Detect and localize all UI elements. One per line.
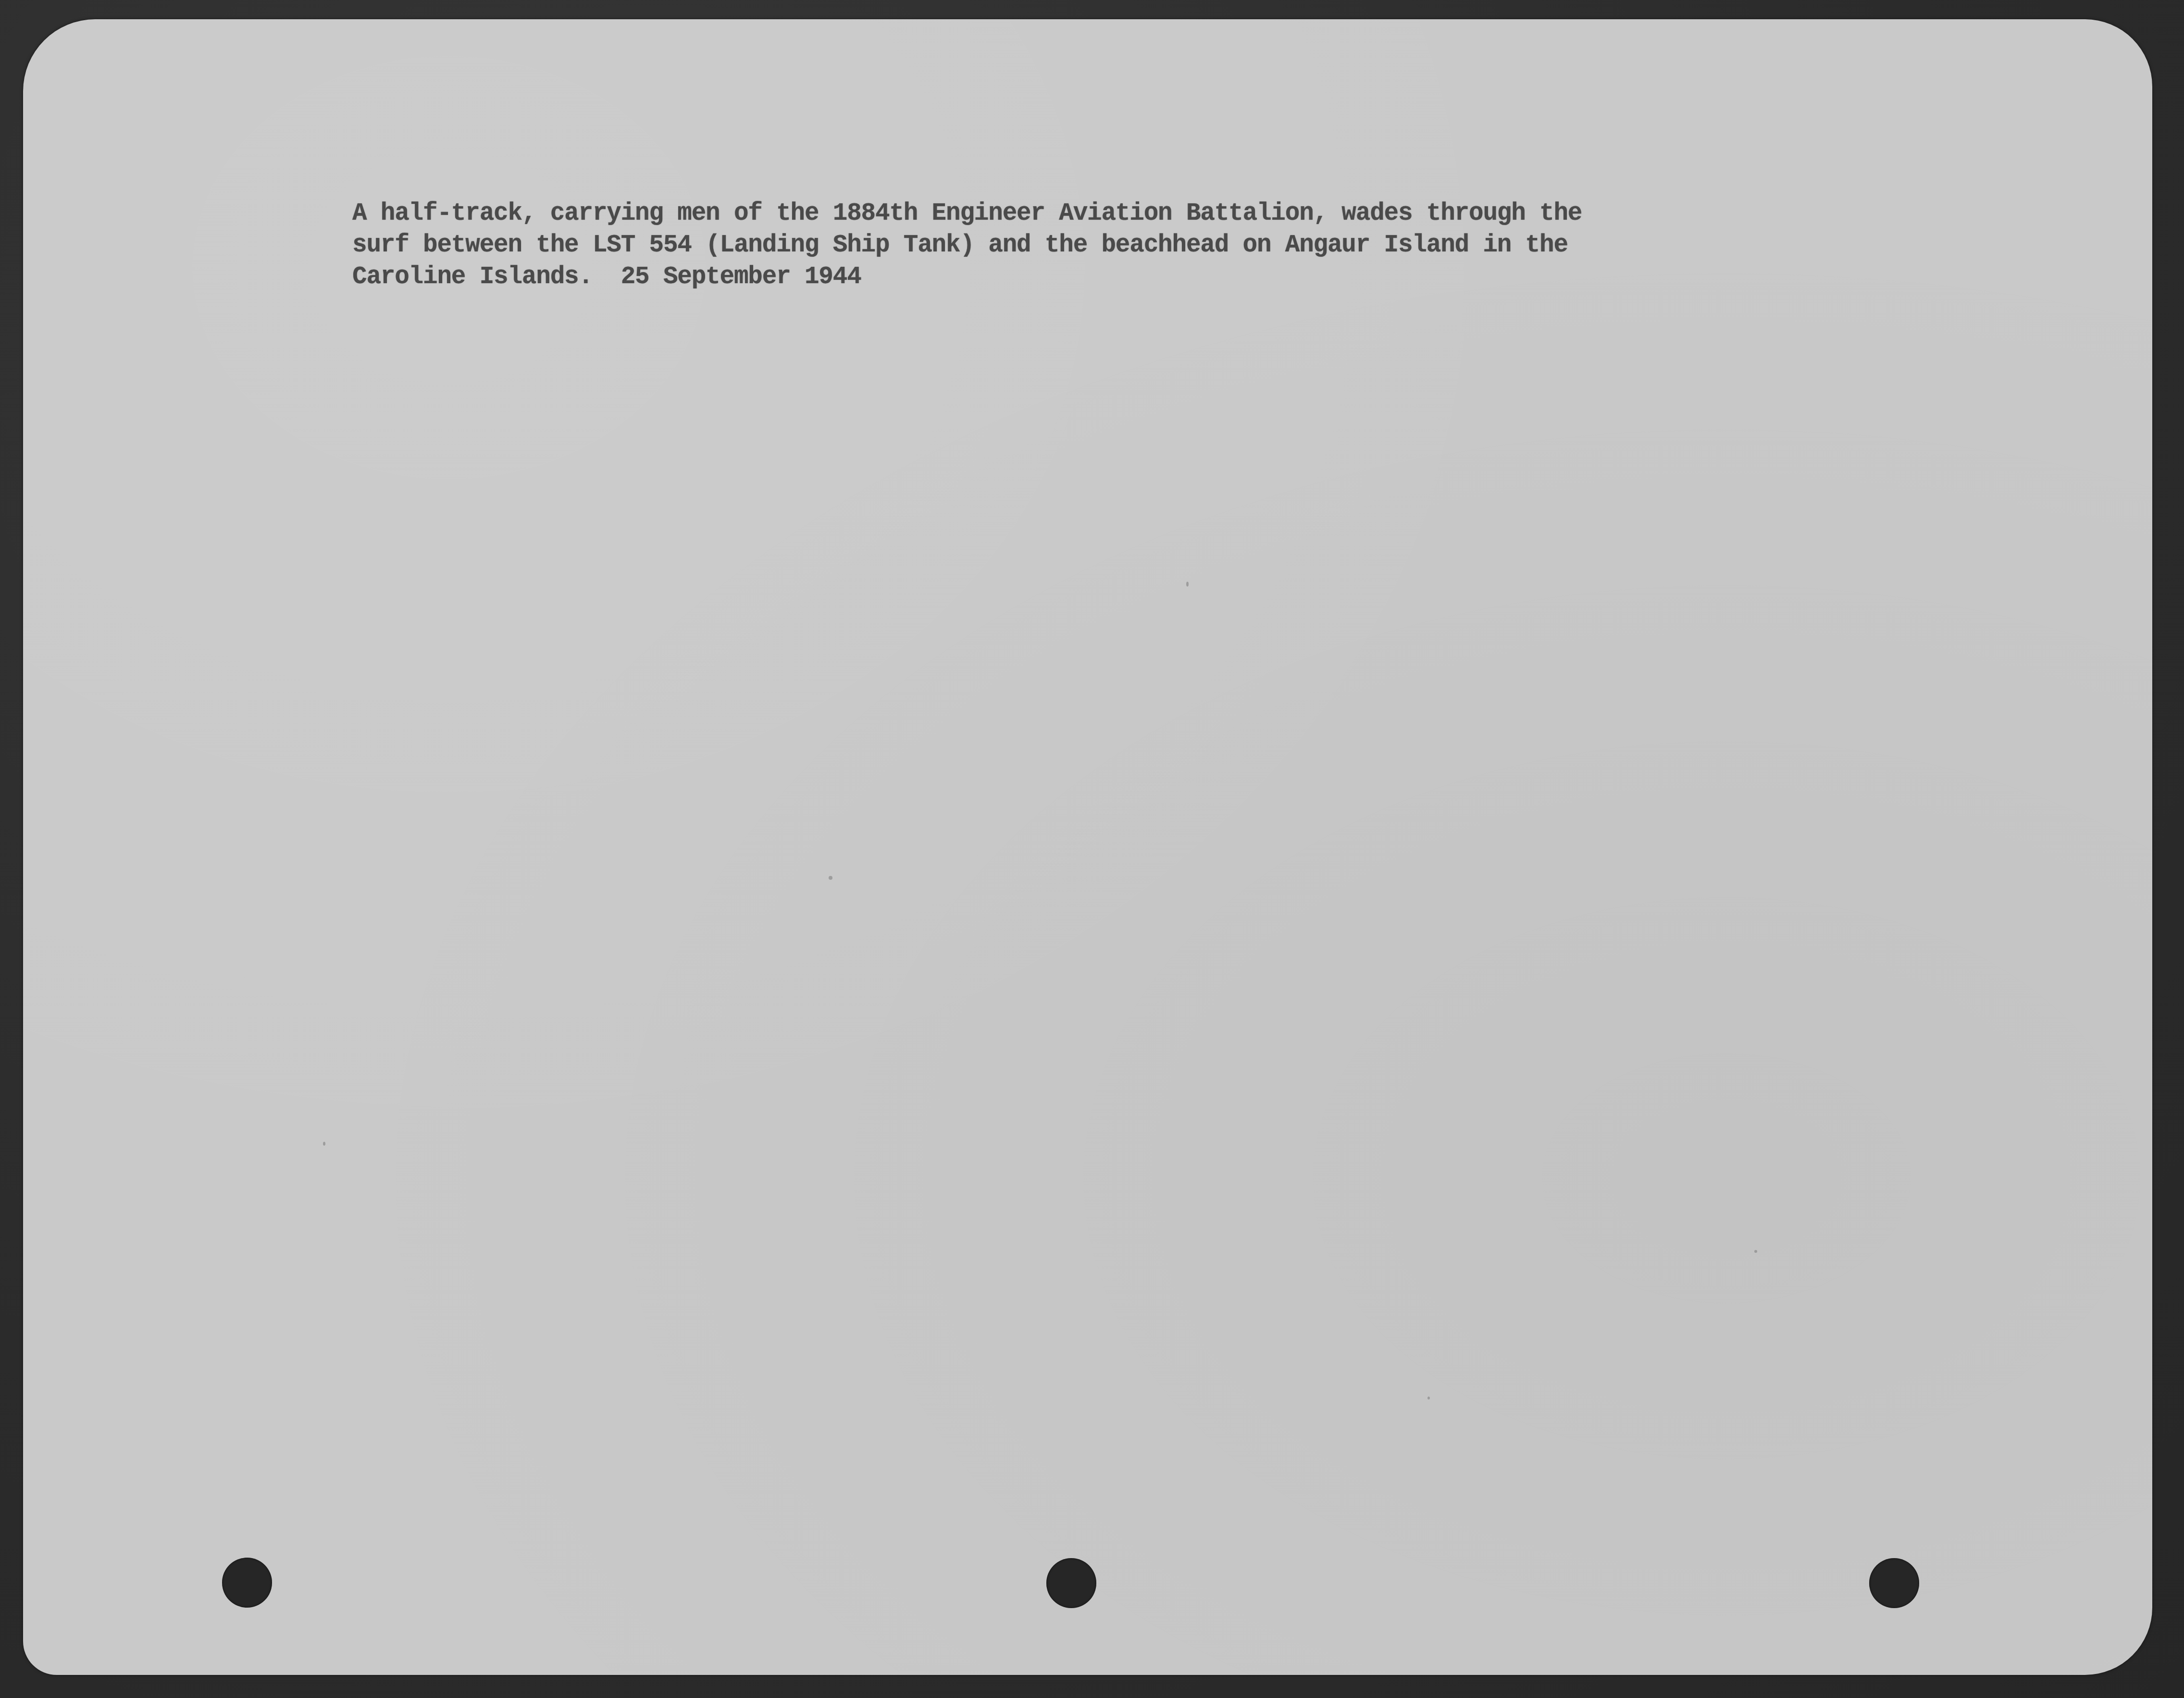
paper-speck: [323, 1142, 325, 1146]
caption-card: A half-track, carrying men of the 1884th…: [23, 19, 2152, 1675]
caption-line-2: surf between the LST 554 (Landing Ship T…: [352, 230, 1582, 262]
paper-speck: [1186, 582, 1189, 587]
punch-hole-right: [1869, 1558, 1919, 1608]
caption-line-3: Caroline Islands. 25 September 1944: [352, 262, 1582, 293]
paper-speck: [1427, 1397, 1430, 1399]
caption-text: A half-track, carrying men of the 1884th…: [352, 198, 1582, 293]
paper-speck: [1754, 1250, 1757, 1253]
paper-speck: [829, 876, 832, 880]
punch-hole-left: [222, 1558, 272, 1608]
punch-hole-center: [1046, 1558, 1096, 1608]
caption-line-1: A half-track, carrying men of the 1884th…: [352, 198, 1582, 230]
